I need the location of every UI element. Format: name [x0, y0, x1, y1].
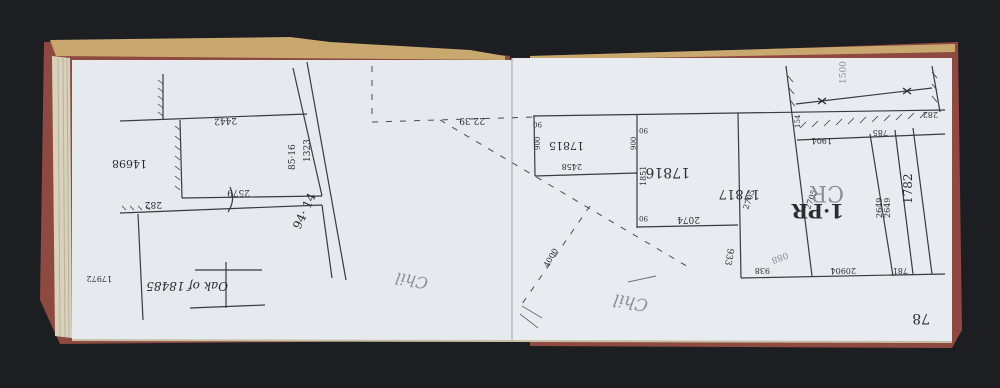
- dim-90c: 90: [639, 214, 648, 222]
- dim-282: 282: [145, 199, 162, 209]
- dim-2074: 2074: [677, 214, 700, 224]
- left-page: [72, 60, 512, 340]
- dim-900b: 900: [630, 137, 638, 150]
- dim-2579: 2579: [227, 187, 250, 197]
- dim-785: 785: [873, 128, 888, 137]
- dim-85-16: 85·16: [288, 144, 298, 170]
- dim-20904: 20904: [831, 266, 856, 275]
- dim-2442: 2442: [214, 115, 237, 126]
- dim-282r: 282: [923, 110, 938, 119]
- dim-938: 938: [755, 266, 770, 275]
- dim-900a: 900: [534, 137, 542, 150]
- dim-2649b: 2649: [883, 198, 892, 218]
- dim-1904: 1904: [812, 136, 832, 145]
- lot-1782: 1782: [901, 173, 915, 204]
- lot-17816: 17816: [645, 164, 690, 180]
- lot-17815: 17815: [549, 139, 584, 152]
- note-oak: Oak of 18485: [146, 279, 228, 293]
- dim-781: 781: [893, 266, 908, 275]
- dim-1500: 1500: [839, 61, 849, 84]
- dim-2239: 22 39: [459, 115, 485, 125]
- lot-14698: 14698: [112, 157, 147, 170]
- dim-2458: 2458: [562, 162, 582, 171]
- page-number: 78: [912, 310, 930, 326]
- dim-17972: 17972: [87, 274, 112, 283]
- notebook-photo: 14698 2442 1323 85·16 2579 282 94· 14 17…: [0, 0, 1000, 388]
- dim-1323: 1323: [303, 139, 313, 162]
- lot-cr: CR: [809, 180, 844, 205]
- dim-154: 154: [794, 114, 802, 128]
- dim-1851: 1851: [639, 166, 648, 186]
- dim-90a: 90: [533, 120, 542, 128]
- dim-90b: 90: [639, 126, 648, 134]
